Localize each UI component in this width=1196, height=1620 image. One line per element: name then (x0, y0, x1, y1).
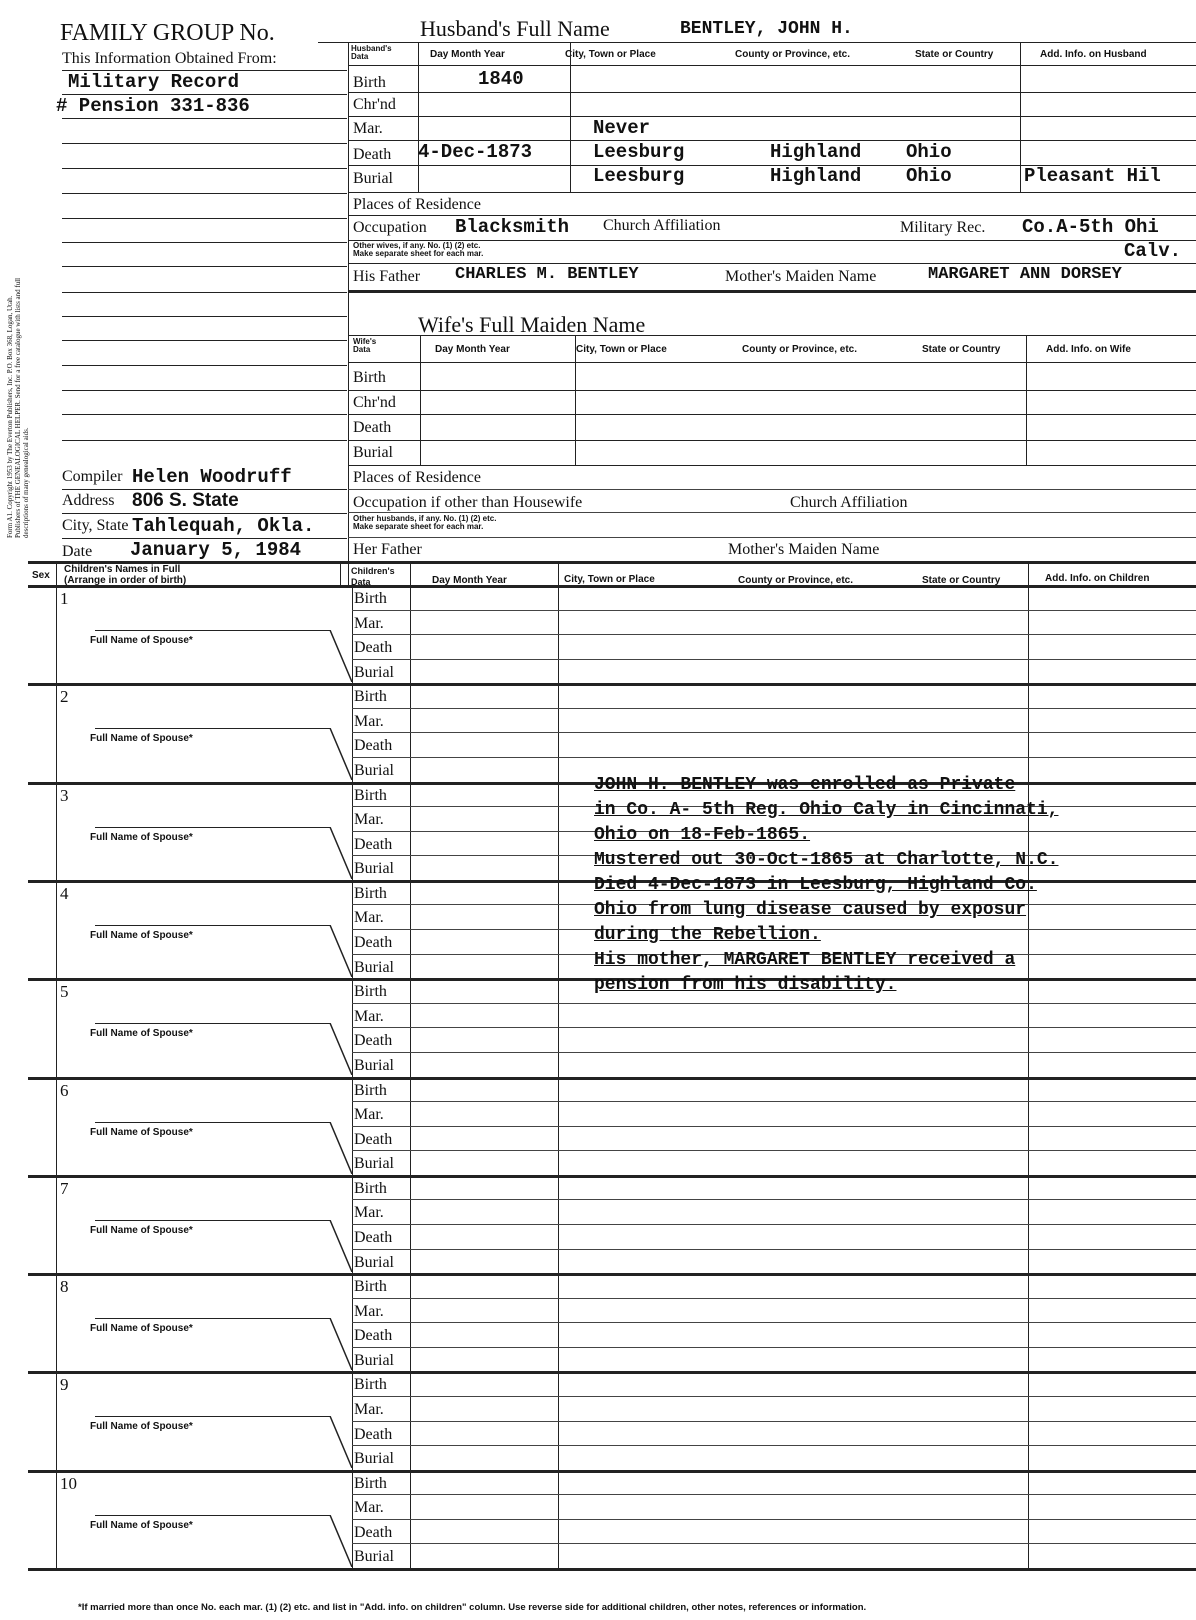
wife-father-label: Her Father (353, 541, 422, 559)
child-event-label: Burial (354, 1057, 394, 1075)
child-event-label: Burial (354, 1548, 394, 1566)
spouse-label: Full Name of Spouse* (90, 1028, 193, 1039)
event-label: Burial (353, 170, 393, 188)
child-number: 3 (60, 786, 69, 806)
date-label: Date (62, 543, 92, 561)
husband-death-county[interactable]: Highland (770, 141, 861, 163)
col-city-header: City, Town or Place (564, 574, 655, 585)
city-state-label: City, State (62, 517, 129, 535)
spouse-label: Full Name of Spouse* (90, 1421, 193, 1432)
child-event-label: Birth (354, 885, 387, 903)
col-add-children-header: Add. Info. on Children (1045, 573, 1149, 584)
wife-data-header: Wife'sData (353, 338, 376, 354)
spouse-label: Full Name of Spouse* (90, 635, 193, 646)
child-event-label: Birth (354, 983, 387, 1001)
col-county-header: County or Province, etc. (742, 344, 857, 355)
child-event-label: Death (354, 934, 392, 952)
child-event-label: Mar. (354, 1204, 384, 1222)
child-event-label: Burial (354, 1155, 394, 1173)
note-line[interactable]: pension from his disability. (594, 975, 896, 995)
child-event-label: Death (354, 1327, 392, 1345)
spouse-divider-diagonal (328, 728, 354, 780)
note-line[interactable]: Mustered out 30-Oct-1865 at Charlotte, N… (594, 850, 1058, 870)
child-event-label: Mar. (354, 811, 384, 829)
address-label: Address (62, 492, 114, 510)
event-label: Death (353, 146, 391, 164)
child-event-label: Death (354, 639, 392, 657)
child-event-label: Death (354, 1032, 392, 1050)
spouse-divider-diagonal (328, 1220, 354, 1272)
child-event-label: Mar. (354, 615, 384, 633)
col-date-header: Day Month Year (435, 344, 510, 355)
child-number: 6 (60, 1081, 69, 1101)
spouse-label: Full Name of Spouse* (90, 1520, 193, 1531)
child-event-label: Birth (354, 688, 387, 706)
child-event-label: Mar. (354, 909, 384, 927)
spouse-divider-diagonal (328, 630, 354, 682)
event-label: Mar. (353, 120, 383, 138)
wife-mother-label: Mother's Maiden Name (728, 541, 879, 559)
child-event-label: Death (354, 1131, 392, 1149)
note-line[interactable]: in Co. A- 5th Reg. Ohio Caly in Cincinna… (594, 800, 1058, 820)
city-state-value[interactable]: Tahlequah, Okla. (132, 515, 314, 537)
husband-data-header: Husband'sData (351, 45, 392, 61)
copyright-notice: Form A1. Copyright 1953 by The Everton P… (6, 268, 42, 538)
spouse-divider-diagonal (328, 1122, 354, 1174)
child-event-label: Mar. (354, 1499, 384, 1517)
child-number: 7 (60, 1179, 69, 1199)
child-event-label: Birth (354, 1278, 387, 1296)
date-value[interactable]: January 5, 1984 (130, 539, 301, 561)
child-event-label: Death (354, 1426, 392, 1444)
spouse-divider-diagonal (328, 827, 354, 879)
spouse-label: Full Name of Spouse* (90, 1323, 193, 1334)
child-event-label: Birth (354, 590, 387, 608)
sex-header: Sex (32, 570, 50, 581)
child-name-field[interactable] (80, 587, 340, 617)
spouse-divider-diagonal (328, 1023, 354, 1075)
husband-burial-city[interactable]: Leesburg (593, 165, 684, 187)
spouse-divider-diagonal (328, 1515, 354, 1567)
child-number: 10 (60, 1474, 77, 1494)
husband-church-label: Church Affiliation (603, 217, 720, 235)
husband-occupation[interactable]: Blacksmith (455, 216, 569, 238)
spouse-label: Full Name of Spouse* (90, 1225, 193, 1236)
note-line[interactable]: Died 4-Dec-1873 in Leesburg, Highland Co… (594, 875, 1037, 895)
col-county-header: County or Province, etc. (735, 49, 850, 60)
child-event-label: Birth (354, 1180, 387, 1198)
husband-father[interactable]: CHARLES M. BENTLEY (455, 265, 639, 284)
husband-name-value[interactable]: BENTLEY, JOHN H. (680, 19, 853, 39)
child-event-label: Burial (354, 664, 394, 682)
husband-name-label: Husband's Full Name (420, 16, 610, 42)
col-state-header: State or Country (915, 49, 993, 60)
child-event-label: Burial (354, 959, 394, 977)
note-line[interactable]: during the Rebellion. (594, 925, 821, 945)
child-name-field[interactable] (80, 1373, 340, 1403)
child-name-field[interactable] (80, 1275, 340, 1305)
child-event-label: Birth (354, 1082, 387, 1100)
husband-marriage-city[interactable]: Never (593, 117, 650, 139)
info-obtained-label: This Information Obtained From: (62, 50, 277, 68)
compiler-value[interactable]: Helen Woodruff (132, 466, 292, 488)
child-number: 8 (60, 1277, 69, 1297)
child-event-label: Burial (354, 1450, 394, 1468)
child-number: 5 (60, 982, 69, 1002)
col-state-header: State or Country (922, 344, 1000, 355)
wife-row-death: Death (353, 419, 391, 437)
child-name-field[interactable] (80, 1177, 340, 1207)
wife-row-birth: Birth (353, 369, 386, 387)
child-event-label: Birth (354, 787, 387, 805)
child-name-field[interactable] (80, 980, 340, 1010)
husband-military-record[interactable]: Co.A-5th Ohi (1022, 216, 1159, 238)
col-date-header: Day Month Year (430, 49, 505, 60)
child-event-label: Mar. (354, 1401, 384, 1419)
child-name-field[interactable] (80, 882, 340, 912)
wife-row-burial: Burial (353, 444, 393, 462)
child-name-field[interactable] (80, 1079, 340, 1109)
spouse-divider-diagonal (328, 1416, 354, 1468)
child-name-field[interactable] (80, 784, 340, 814)
note-line[interactable]: JOHN H. BENTLEY was enrolled as Private (594, 775, 1015, 795)
child-event-label: Birth (354, 1475, 387, 1493)
child-event-label: Mar. (354, 1008, 384, 1026)
child-event-label: Birth (354, 1376, 387, 1394)
husband-death-city[interactable]: Leesburg (593, 141, 684, 163)
col-city-header: City, Town or Place (565, 49, 656, 60)
husband-death-state[interactable]: Ohio (906, 141, 952, 163)
husband-residence-label: Places of Residence (353, 196, 481, 214)
child-event-label: Death (354, 836, 392, 854)
note-line[interactable]: Ohio from lung disease caused by exposur (594, 900, 1026, 920)
child-event-label: Burial (354, 1254, 394, 1272)
note-line[interactable]: Ohio on 18-Feb-1865. (594, 825, 810, 845)
wife-church-label: Church Affiliation (790, 494, 907, 512)
family-group-label: FAMILY GROUP No. (60, 20, 275, 47)
other-wives-label: Other wives, if any. No. (1) (2) etc.Mak… (353, 242, 483, 258)
child-event-label: Mar. (354, 1106, 384, 1124)
child-event-label: Death (354, 737, 392, 755)
compiler-label: Compiler (62, 468, 122, 486)
event-label: Chr'nd (353, 96, 396, 114)
child-number: 2 (60, 687, 69, 707)
address-value[interactable]: 806 S. State (132, 490, 239, 512)
spouse-label: Full Name of Spouse* (90, 832, 193, 843)
wife-residence-label: Places of Residence (353, 469, 481, 487)
husband-occupation-label: Occupation (353, 219, 427, 237)
wife-occupation-label: Occupation if other than Housewife (353, 494, 582, 512)
husband-birth-date[interactable]: 1840 (478, 68, 524, 90)
husband-military-label: Military Rec. (900, 219, 985, 237)
child-event-label: Burial (354, 762, 394, 780)
husband-father-label: His Father (353, 268, 420, 286)
child-event-label: Burial (354, 860, 394, 878)
husband-burial-add-info[interactable]: Pleasant Hil (1024, 165, 1161, 187)
col-add-wife-header: Add. Info. on Wife (1046, 344, 1131, 355)
husband-death-date[interactable]: 4-Dec-1873 (418, 141, 532, 163)
husband-mother[interactable]: MARGARET ANN DORSEY (928, 265, 1122, 284)
source-line-2[interactable]: # Pension 331-836 (56, 95, 250, 117)
event-label: Birth (353, 74, 386, 92)
husband-mother-label: Mother's Maiden Name (725, 268, 876, 286)
child-number: 1 (60, 589, 69, 609)
note-line[interactable]: His mother, MARGARET BENTLEY received a (594, 950, 1015, 970)
col-city-header: City, Town or Place (576, 344, 667, 355)
col-add-husband-header: Add. Info. on Husband (1040, 49, 1147, 60)
spouse-label: Full Name of Spouse* (90, 733, 193, 744)
child-event-label: Mar. (354, 1303, 384, 1321)
child-event-label: Death (354, 1229, 392, 1247)
husband-military-record-cont[interactable]: Calv. (1124, 240, 1181, 262)
child-number: 9 (60, 1375, 69, 1395)
child-number: 4 (60, 884, 69, 904)
spouse-divider-diagonal (328, 925, 354, 977)
footer-note: *If married more than once No. each mar.… (78, 1602, 866, 1613)
husband-burial-state[interactable]: Ohio (906, 165, 952, 187)
spouse-label: Full Name of Spouse* (90, 1127, 193, 1138)
child-event-label: Death (354, 1524, 392, 1542)
child-name-field[interactable] (80, 685, 340, 715)
child-event-label: Burial (354, 1352, 394, 1370)
children-names-header: Children's Names in Full(Arrange in orde… (64, 564, 186, 586)
other-husbands-label: Other husbands, if any. No. (1) (2) etc.… (353, 515, 496, 531)
wife-row-christened: Chr'nd (353, 394, 396, 412)
child-event-label: Mar. (354, 713, 384, 731)
spouse-divider-diagonal (328, 1318, 354, 1370)
child-name-field[interactable] (80, 1472, 340, 1502)
husband-burial-county[interactable]: Highland (770, 165, 861, 187)
spouse-label: Full Name of Spouse* (90, 930, 193, 941)
source-line-1[interactable]: Military Record (68, 71, 239, 93)
